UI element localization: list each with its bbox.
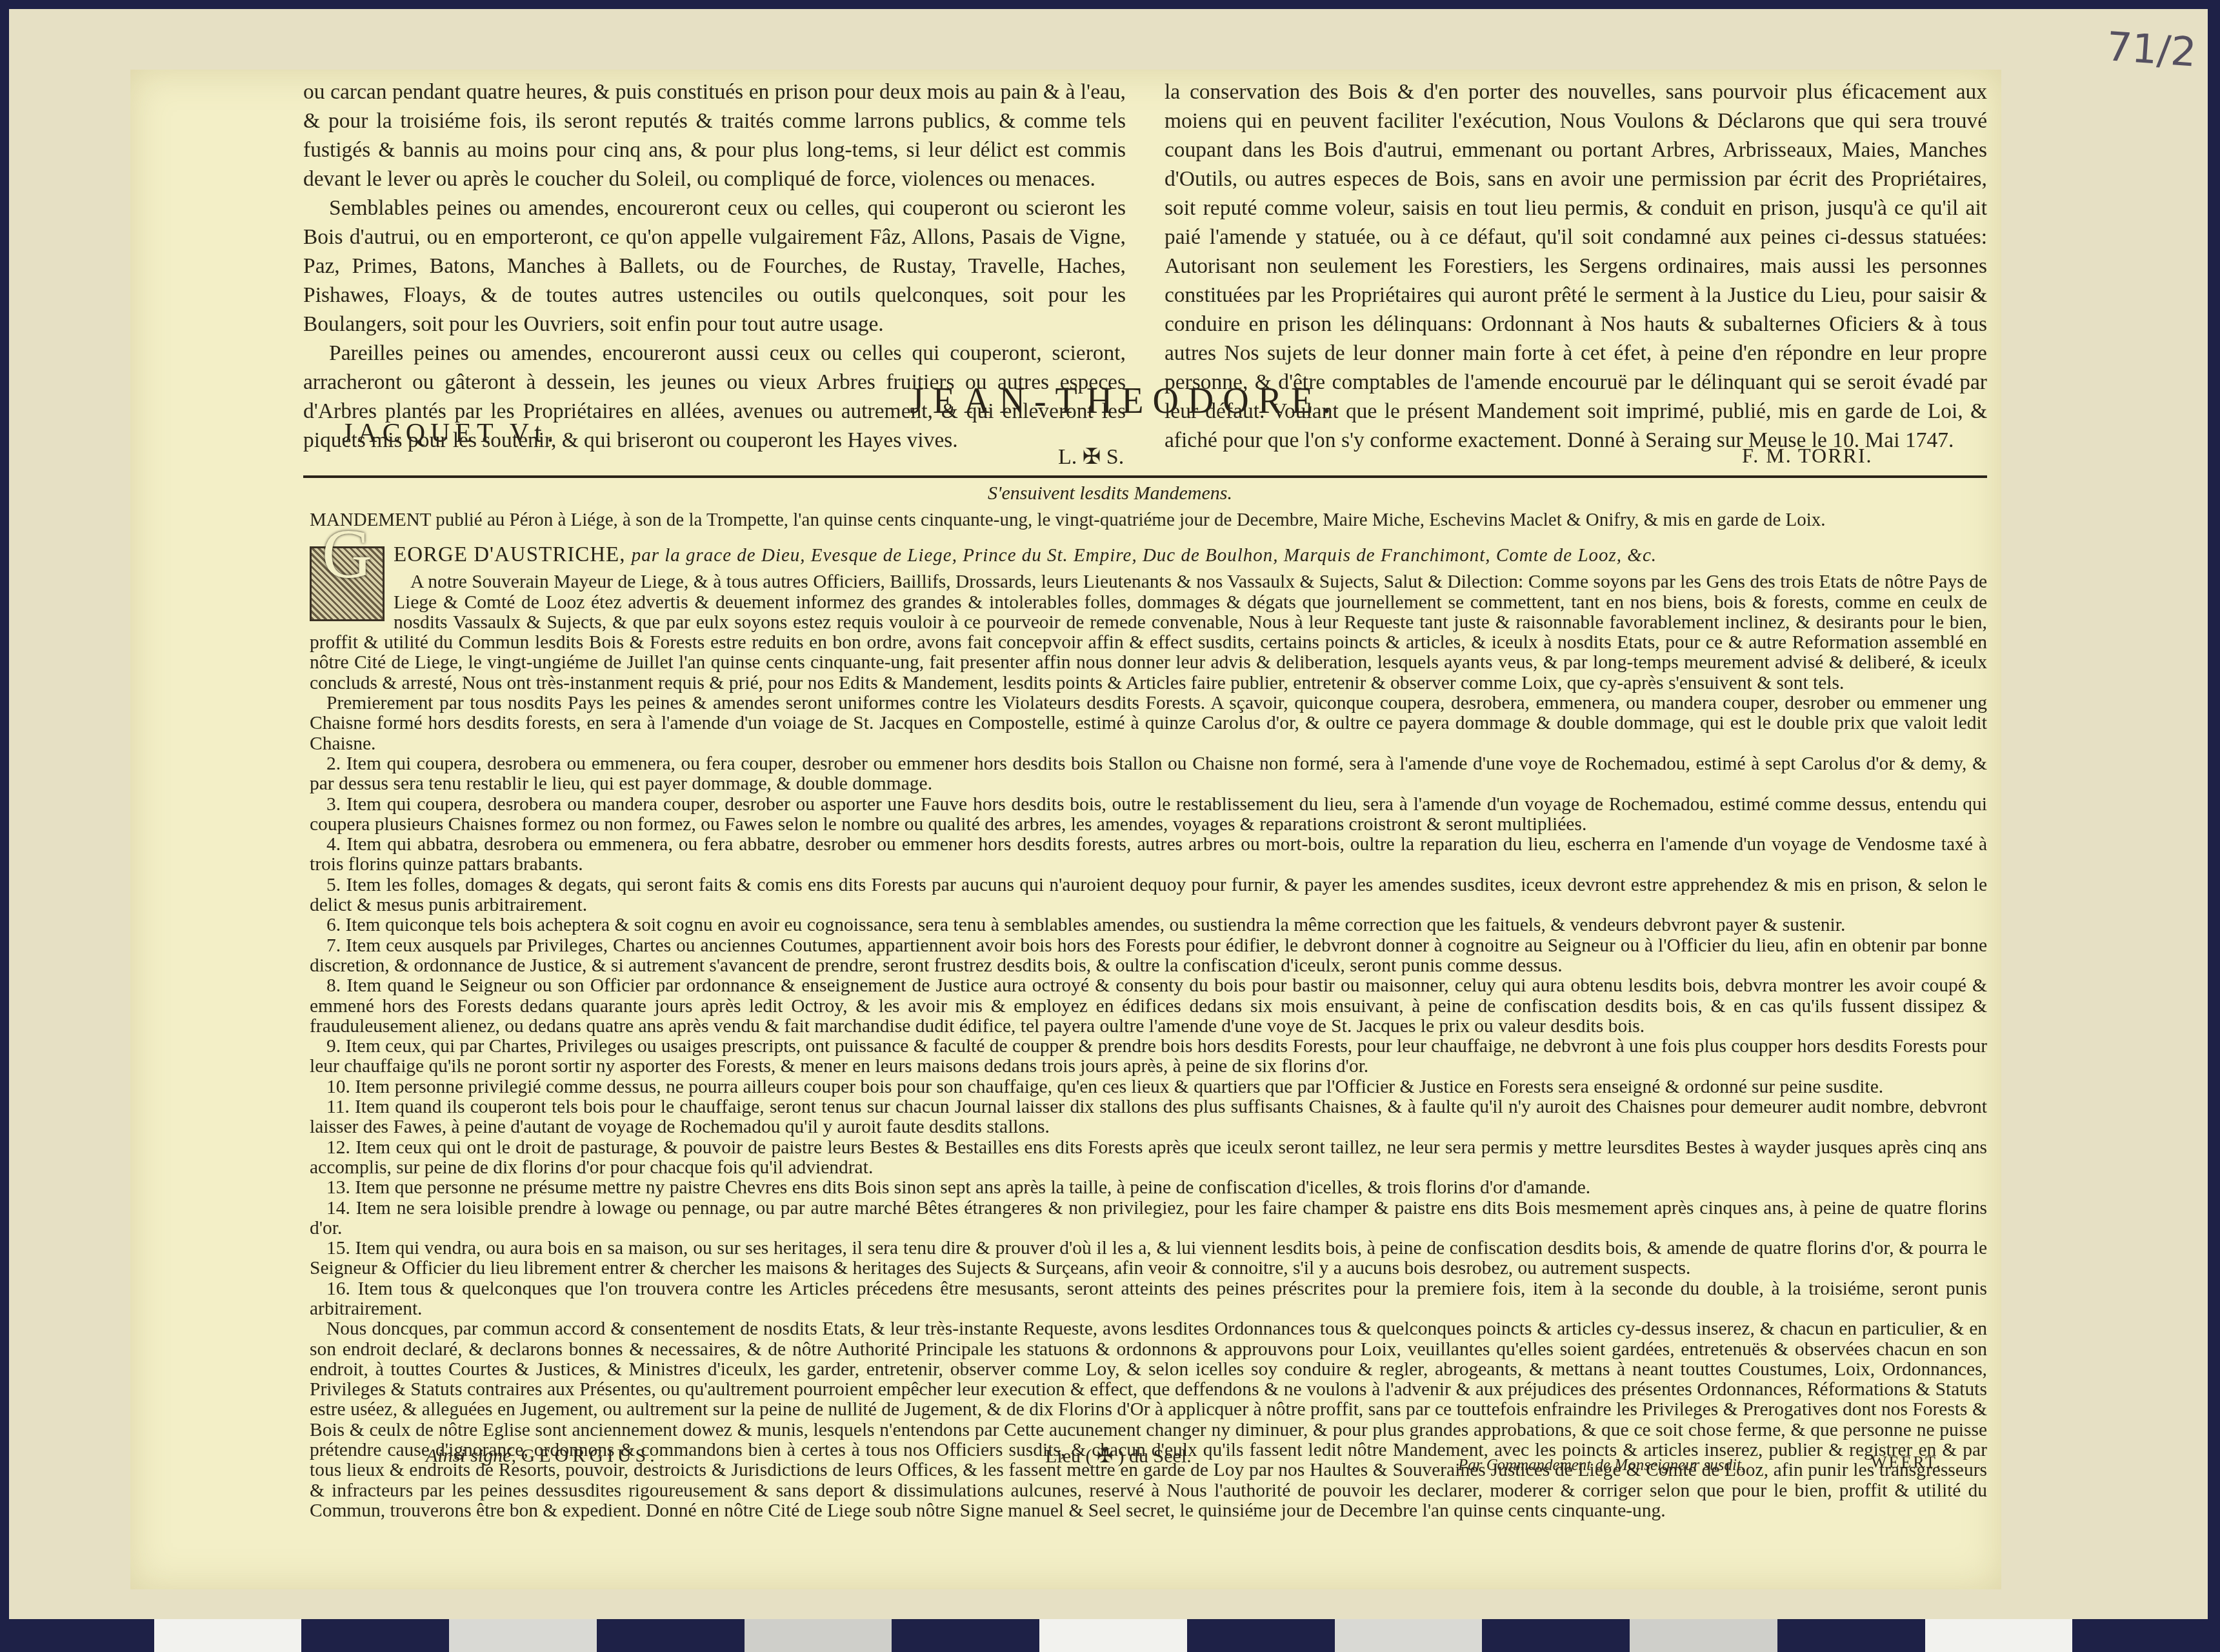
article: 12. Item ceux qui ont le droit de pastur…: [310, 1138, 1987, 1179]
paragraph: Semblables peines ou amendes, encoureron…: [303, 194, 1126, 339]
ainsi-signe: Ainsi signé,: [426, 1445, 516, 1466]
article: 11. Item quand ils couperont tels bois p…: [310, 1097, 1987, 1138]
ruler-segment: [745, 1619, 892, 1652]
title-styles: par la grace de Dieu, Evesque de Liege, …: [632, 545, 1657, 566]
left-signature: JACQUET Vt.: [342, 418, 559, 449]
command-line: Par Commandement de Monseigneur susdit,: [1458, 1457, 1745, 1475]
article: 3. Item qui coupera, desrobera ou mander…: [310, 795, 1987, 835]
article: 15. Item qui vendra, ou aura bois en sa …: [310, 1239, 1987, 1279]
article: 9. Item ceux, qui par Chartes, Privilege…: [310, 1037, 1987, 1077]
ruler-segment: [1335, 1619, 1483, 1652]
ruler-segment: [1039, 1619, 1187, 1652]
article: Premierement par tous nosdits Pays les p…: [310, 693, 1987, 754]
article: 10. Item personne privilegié comme dessu…: [310, 1077, 1987, 1097]
signer-name: GEORGIUS.: [521, 1445, 659, 1466]
preamble: A notre Souverain Mayeur de Liege, & à t…: [310, 572, 1987, 693]
prince-signature: JEAN-THEODORE.: [910, 381, 1340, 422]
ruler-segment: [2072, 1619, 2220, 1652]
paragraph: ou carcan pendant quatre heures, & puis …: [303, 77, 1126, 194]
right-signature: F. M. TORRI.: [1742, 444, 1873, 468]
ruler-segment: [597, 1619, 745, 1652]
seal-location: Lieu ( ✠ ) du Seel.: [1045, 1445, 1192, 1468]
command-text: Par Commandement de Monseigneur susdit,: [1458, 1457, 1745, 1474]
ruler-segment: [1630, 1619, 1777, 1652]
ruler-segment: [1925, 1619, 2073, 1652]
article: 14. Item ne sera loisible prendre à lowa…: [310, 1199, 1987, 1239]
article: 7. Item ceux ausquels par Privileges, Ch…: [310, 936, 1987, 977]
title-name: EORGE D'AUSTRICHE,: [394, 543, 625, 566]
article: 13. Item que personne ne présume mettre …: [310, 1178, 1987, 1198]
conclusion: Nous doncques, par commun accord & conse…: [310, 1319, 1987, 1521]
ruler-segment: [6, 1619, 154, 1652]
article: 8. Item quand le Seigneur ou son Officie…: [310, 976, 1987, 1037]
signature-georgius: Ainsi signé, GEORGIUS.: [426, 1445, 659, 1467]
article: 6. Item quiconque tels bois acheptera & …: [310, 915, 1987, 935]
ruler-segment: [1777, 1619, 1925, 1652]
secretary-signature: WEERT.: [1871, 1453, 1943, 1472]
publication-note: MANDEMENT publié au Péron à Liége, à son…: [310, 510, 1987, 531]
mandement-body: G EORGE D'AUSTRICHE, par la grace de Die…: [310, 545, 1987, 1521]
initial-letter: G: [312, 544, 383, 564]
divider-rule: [303, 475, 1987, 478]
article: 5. Item les folles, domages & degats, qu…: [310, 875, 1987, 916]
mandement-title: EORGE D'AUSTRICHE, par la grace de Dieu,…: [310, 545, 1987, 566]
ruler-segment: [892, 1619, 1039, 1652]
signature-block-1747: JEAN-THEODORE. JACQUET Vt. L. ✠ S. F. M.…: [303, 381, 1987, 477]
article: 16. Item tous & quelconques que l'on tro…: [310, 1279, 1987, 1320]
ruler-segment: [1482, 1619, 1630, 1652]
ruler-segment: [449, 1619, 597, 1652]
decorated-initial: G: [310, 546, 385, 621]
ruler-segment: [154, 1619, 302, 1652]
archive-annotation: 71/2: [2105, 23, 2198, 76]
scale-ruler: [6, 1619, 2220, 1652]
ruler-segment: [1187, 1619, 1335, 1652]
section-heading: S'ensuivent lesdits Mandemens.: [0, 483, 2220, 504]
ruler-segment: [301, 1619, 449, 1652]
seal-mark: L. ✠ S.: [1058, 444, 1124, 470]
article: 2. Item qui coupera, desrobera ou emmene…: [310, 754, 1987, 795]
article: 4. Item qui abbatra, desrobera ou emmene…: [310, 835, 1987, 875]
